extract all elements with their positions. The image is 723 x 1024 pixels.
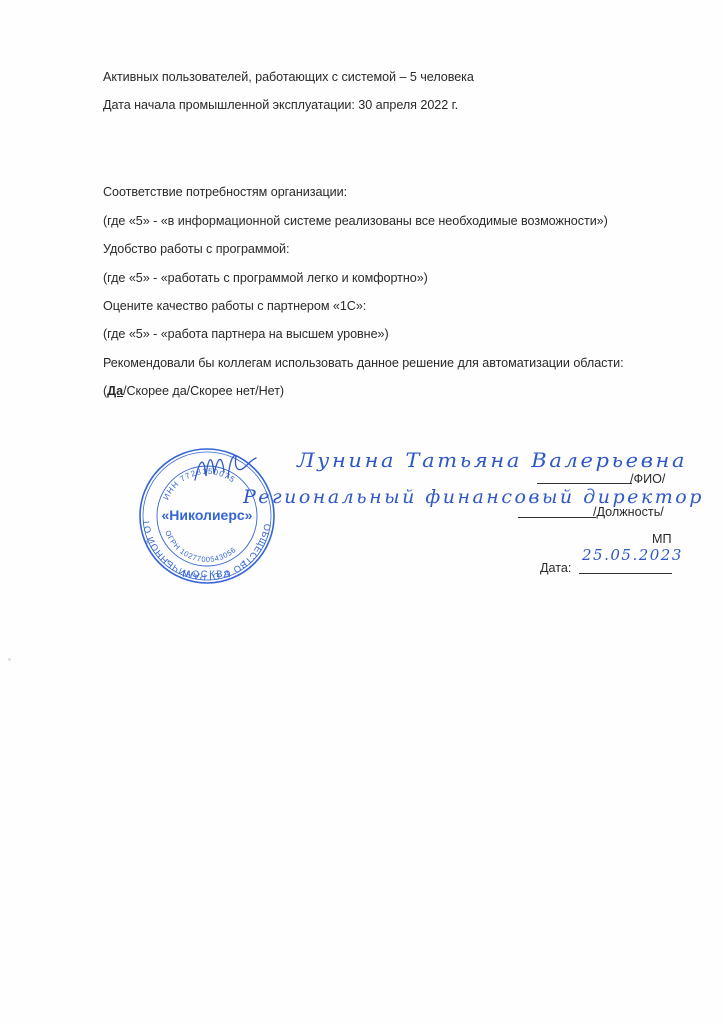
handwritten-date: 25.05.2023: [582, 546, 683, 564]
scan-speck: [8, 658, 11, 661]
signature-initials: [190, 448, 260, 488]
position-label: /Должность/: [593, 504, 664, 520]
seal-star-right: *: [242, 559, 245, 568]
question-recommend-label: Рекомендовали бы коллегам использовать д…: [103, 355, 624, 371]
question-fit-label: Соответствие потребностям организации:: [103, 184, 347, 200]
position-blank-line: [518, 517, 596, 518]
question-usability-hint: (где «5» - «работать с программой легко …: [103, 270, 428, 286]
selected-option-yes: Да: [107, 384, 123, 398]
seal-star-left: *: [167, 559, 170, 568]
fio-blank-line: [537, 483, 632, 484]
question-fit-hint: (где «5» - «в информационной системе реа…: [103, 213, 608, 229]
question-partner-hint: (где «5» - «работа партнера на высшем ур…: [103, 326, 389, 342]
seal-company-name: «Николиерс»: [162, 507, 253, 523]
stamp-place-label: МП: [652, 531, 672, 547]
question-recommend-options: (Да/Скорее да/Скорее нет/Нет): [103, 383, 284, 399]
fio-label: /ФИО/: [630, 471, 665, 487]
question-usability-label: Удобство работы с программой:: [103, 241, 289, 257]
question-partner-label: Оцените качество работы с партнером «1С»…: [103, 298, 366, 314]
seal-ogrn: ОГРН 1027700543056: [163, 529, 238, 564]
seal-city: МОСКВА: [182, 569, 231, 580]
options-rest: /Скорее да/Скорее нет/Нет): [123, 384, 284, 398]
active-users-line: Активных пользователей, работающих с сис…: [103, 69, 474, 85]
document-page: Активных пользователей, работающих с сис…: [0, 0, 723, 1024]
handwritten-fio: Лунина Татьяна Валерьевна: [297, 448, 687, 472]
date-label: Дата:: [540, 560, 571, 576]
date-blank-line: [579, 573, 672, 574]
svg-text:ОГРН 1027700543056: ОГРН 1027700543056: [163, 529, 238, 564]
launch-date-line: Дата начала промышленной эксплуатации: 3…: [103, 97, 458, 113]
